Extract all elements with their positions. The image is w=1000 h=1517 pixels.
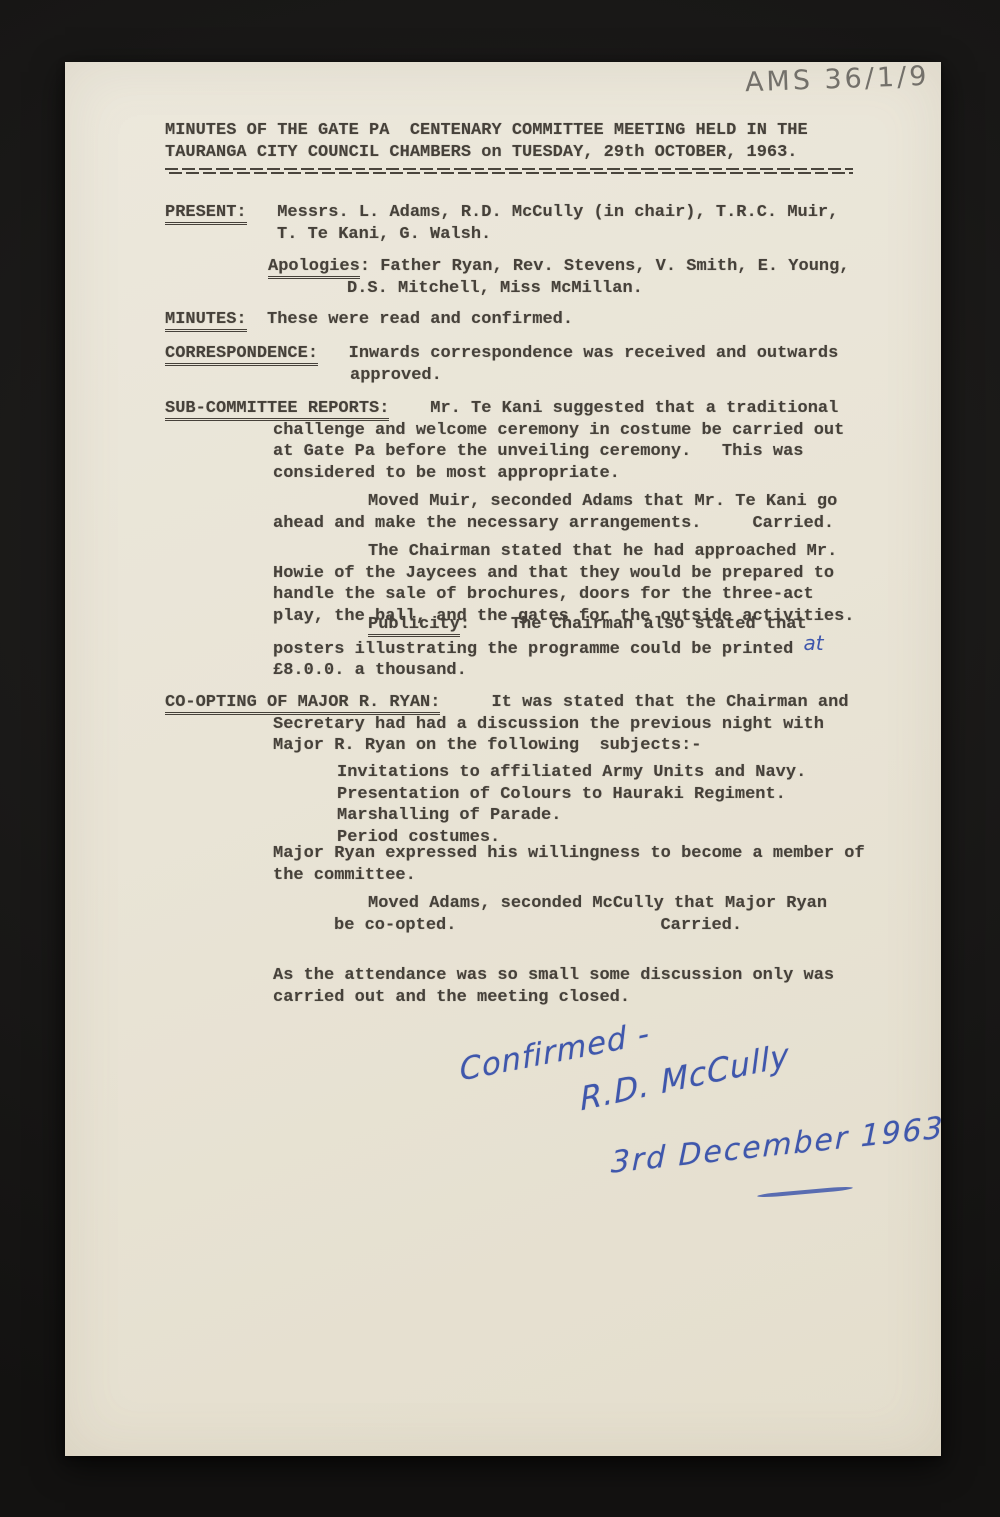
subcommittee-text: Mr. Te Kani suggested that a traditional [389, 399, 838, 418]
apologies-line-2: D.S. Mitchell, Miss McMillan. [165, 278, 965, 300]
apologies-text: : Father Ryan, Rev. Stevens, V. Smith, E… [360, 257, 850, 276]
present-text: Messrs. L. Adams, R.D. McCully (in chair… [247, 203, 839, 222]
major-ryan-line-1: Major Ryan expressed his willingness to … [165, 843, 965, 865]
paragraph-major-ryan-willingness: Major Ryan expressed his willingness to … [165, 843, 965, 886]
subcommittee-line-4: considered to be most appropriate. [165, 463, 965, 485]
coopting-line-2: Secretary had had a discussion the previ… [165, 714, 965, 736]
correspondence-line-1: CORRESPONDENCE: Inwards correspondence w… [165, 343, 965, 365]
apologies-label: Apologies [268, 257, 360, 279]
closing-line-2: carried out and the meeting closed. [165, 987, 965, 1009]
apologies-line-1: Apologies: Father Ryan, Rev. Stevens, V.… [165, 256, 965, 278]
subcommittee-line-3: at Gate Pa before the unveiling ceremony… [165, 441, 965, 463]
motion-te-kani: Moved Muir, seconded Adams that Mr. Te K… [165, 491, 965, 534]
publicity-line-1: Publicity: The Chairman also stated that [165, 614, 965, 636]
subject-item-1: Invitations to affiliated Army Units and… [165, 762, 965, 784]
publicity-line-2: posters illustrating the programme could… [165, 636, 965, 661]
closing-line-1: As the attendance was so small some disc… [165, 965, 965, 987]
coopting-text: It was stated that the Chairman and [440, 693, 848, 712]
document-title: MINUTES OF THE GATE PA CENTENARY COMMITT… [165, 120, 965, 175]
paragraph-publicity: Publicity: The Chairman also stated that… [165, 614, 965, 682]
subject-item-3: Marshalling of Parade. [165, 805, 965, 827]
subcommittee-line-2: challenge and welcome ceremony in costum… [165, 420, 965, 442]
section-minutes: MINUTES: These were read and confirmed. [165, 309, 965, 331]
subject-item-2: Presentation of Colours to Hauraki Regim… [165, 784, 965, 806]
title-underline-rule [165, 168, 853, 175]
handwritten-at-insert: at [804, 631, 824, 655]
scan-photo-background: AMS 36/1/9 MINUTES OF THE GATE PA CENTEN… [0, 0, 1000, 1517]
correspondence-line-2: approved. [165, 365, 965, 387]
section-apologies: Apologies: Father Ryan, Rev. Stevens, V.… [165, 256, 965, 299]
subcommittee-label: SUB-COMMITTEE REPORTS: [165, 399, 389, 421]
chairman-line-1: The Chairman stated that he had approach… [165, 541, 965, 563]
publicity-line-3: £8.0.0. a thousand. [165, 660, 965, 682]
handwritten-date: 3rd December 1963 [611, 1110, 945, 1180]
present-line-2: T. Te Kani, G. Walsh. [165, 224, 965, 246]
motion-te-kani-line-1: Moved Muir, seconded Adams that Mr. Te K… [165, 491, 965, 513]
correspondence-text: Inwards correspondence was received and … [318, 344, 838, 363]
motion-coopt-line-2: be co-opted. Carried. [165, 915, 965, 937]
minutes-line-1: MINUTES: These were read and confirmed. [165, 309, 965, 331]
section-correspondence: CORRESPONDENCE: Inwards correspondence w… [165, 343, 965, 386]
title-line-2: TAURANGA CITY COUNCIL CHAMBERS on TUESDA… [165, 142, 965, 164]
minutes-text: These were read and confirmed. [247, 310, 573, 329]
publicity-line-2-text: posters illustrating the programme could… [273, 640, 804, 659]
motion-te-kani-line-2: ahead and make the necessary arrangement… [165, 513, 965, 535]
present-line-1: PRESENT: Messrs. L. Adams, R.D. McCully … [165, 202, 965, 224]
section-subcommittee-reports: SUB-COMMITTEE REPORTS: Mr. Te Kani sugge… [165, 398, 965, 485]
major-ryan-line-2: the committee. [165, 865, 965, 887]
handwritten-underline-flourish [757, 1186, 853, 1198]
section-coopting-major-ryan: CO-OPTING OF MAJOR R. RYAN: It was state… [165, 692, 965, 757]
title-line-1: MINUTES OF THE GATE PA CENTENARY COMMITT… [165, 120, 965, 142]
publicity-text: : The Chairman also stated that [460, 615, 807, 634]
document-page: AMS 36/1/9 MINUTES OF THE GATE PA CENTEN… [65, 62, 941, 1456]
chairman-line-3: handle the sale of brochures, doors for … [165, 584, 965, 606]
archive-reference-pencil: AMS 36/1/9 [744, 61, 929, 100]
motion-coopt-line-1: Moved Adams, seconded McCully that Major… [165, 893, 965, 915]
coopting-line-3: Major R. Ryan on the following subjects:… [165, 735, 965, 757]
present-label: PRESENT: [165, 203, 247, 225]
publicity-label: Publicity [368, 615, 460, 637]
subcommittee-line-1: SUB-COMMITTEE REPORTS: Mr. Te Kani sugge… [165, 398, 965, 420]
chairman-line-2: Howie of the Jaycees and that they would… [165, 563, 965, 585]
coopting-line-1: CO-OPTING OF MAJOR R. RYAN: It was state… [165, 692, 965, 714]
subjects-list: Invitations to affiliated Army Units and… [165, 762, 965, 849]
motion-coopt-major-ryan: Moved Adams, seconded McCully that Major… [165, 893, 965, 936]
paragraph-closing: As the attendance was so small some disc… [165, 965, 965, 1008]
minutes-label: MINUTES: [165, 310, 247, 332]
correspondence-label: CORRESPONDENCE: [165, 344, 318, 366]
section-present: PRESENT: Messrs. L. Adams, R.D. McCully … [165, 202, 965, 245]
coopting-label: CO-OPTING OF MAJOR R. RYAN: [165, 693, 440, 715]
